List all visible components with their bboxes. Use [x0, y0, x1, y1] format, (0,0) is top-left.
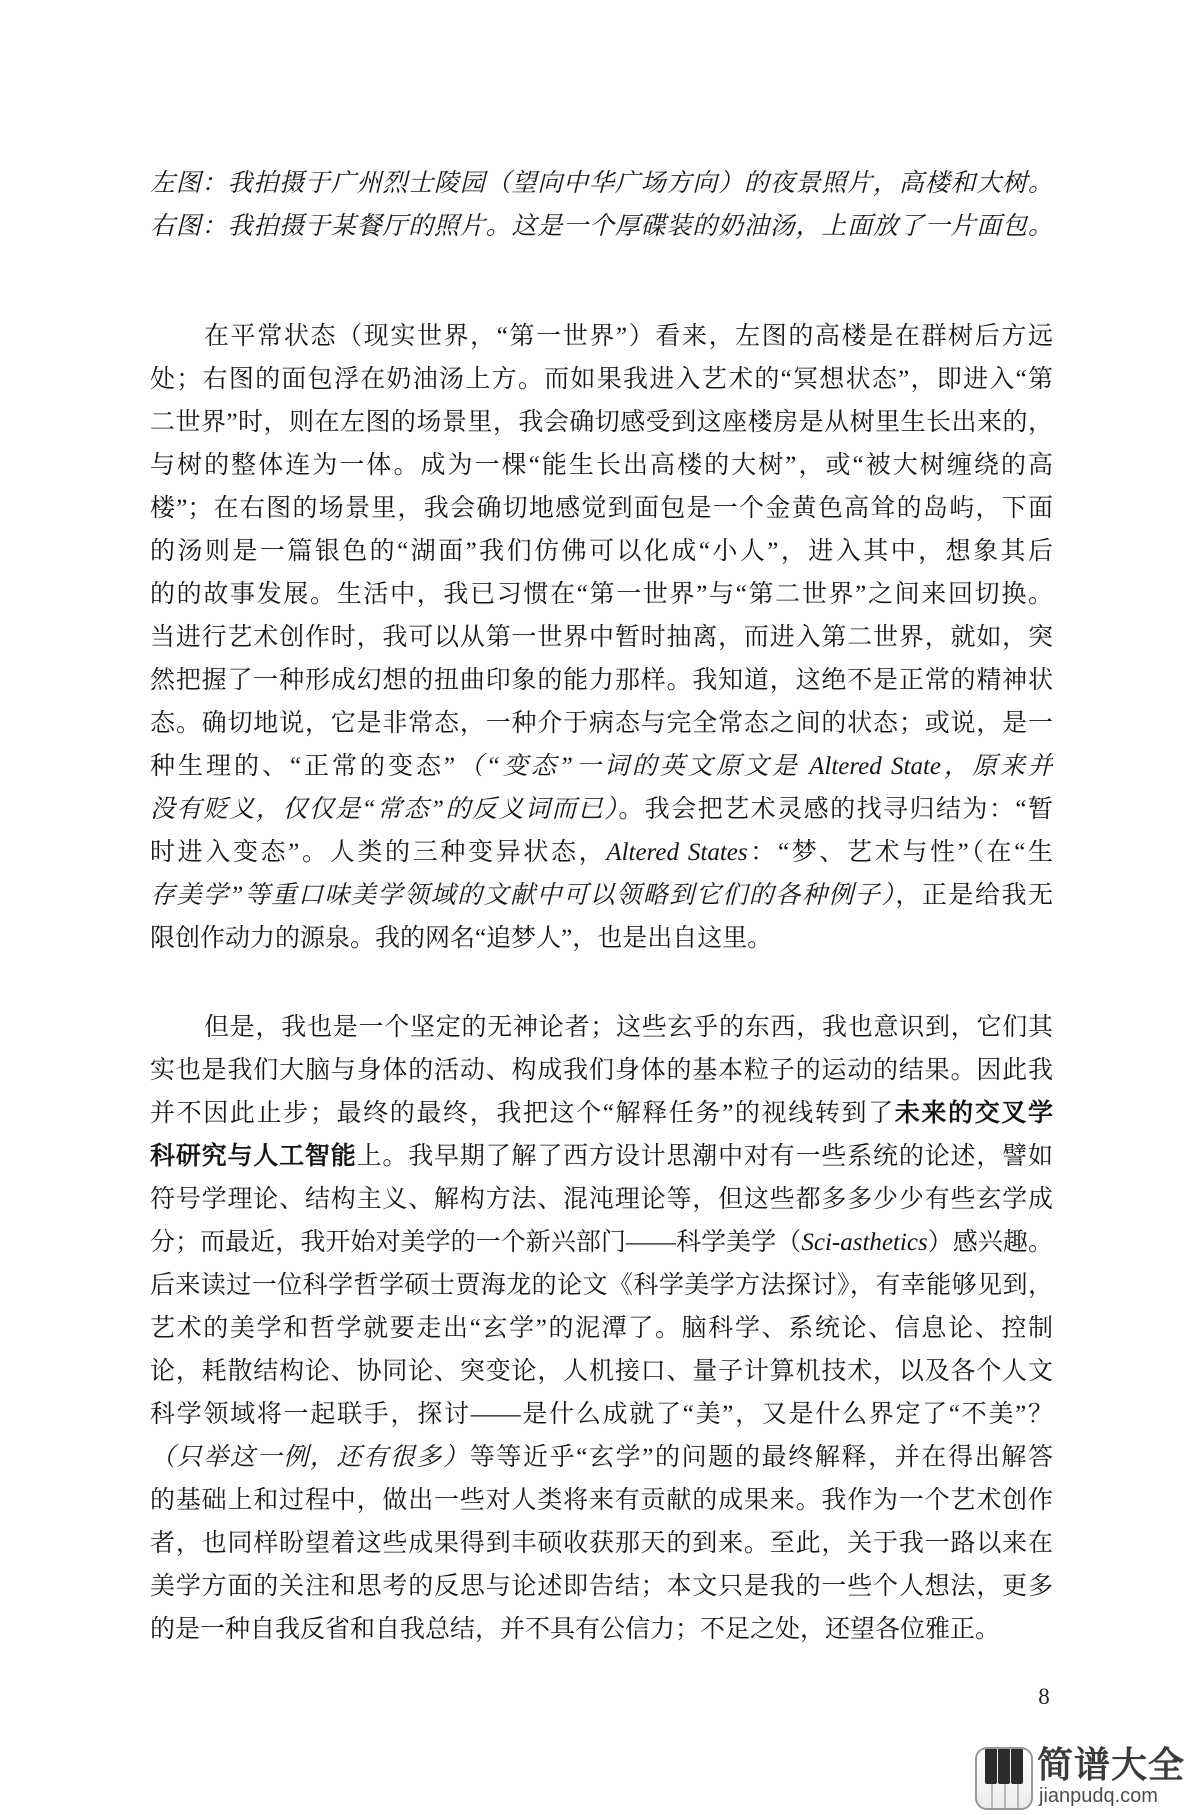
text-line: 右图：我拍摄于某餐厅的照片。这是一个厚碟装的奶油汤，上面放了一片面包。: [150, 205, 1053, 248]
text-line: 科学领域将一起联手，探讨——是什么成就了“美”，又是什么界定了“不美”？: [150, 1393, 1053, 1436]
text-segment: 的是一种自我反省和自我总结，并不具有公信力；不足之处，还望各位雅正。: [150, 1616, 1000, 1643]
black-key: [998, 1749, 1010, 1784]
text-line: 时进入变态”。人类的三种变异状态，Altered States：“梦、艺术与性”…: [150, 831, 1053, 874]
text-segment: 时进入变态”。人类的三种变异状态，: [150, 839, 606, 866]
text-line: 的汤则是一篇银色的“湖面”我们仿佛可以化成“小人”，进入其中，想象其后: [150, 530, 1053, 573]
text-segment: Altered State: [809, 753, 941, 780]
text-line: 的是一种自我反省和自我总结，并不具有公信力；不足之处，还望各位雅正。: [150, 1608, 1053, 1651]
text-segment: 的基础上和过程中，做出一些对人类将来有贡献的成果来。我作为一个艺术创作: [150, 1487, 1053, 1514]
text-segment: ）感兴趣。: [928, 1229, 1053, 1256]
text-line: 的的故事发展。生活中，我已习惯在“第一世界”与“第二世界”之间来回切换。: [150, 573, 1053, 616]
text-segment: 上。我早期了解了西方设计思潮中对有一些系统的论述，譬如: [357, 1143, 1053, 1170]
text-segment: ：“梦、艺术与性”（在“生: [748, 839, 1053, 866]
text-segment: 在平常状态（现实世界，“第一世界”）看来，左图的高楼是在群树后方远: [204, 323, 1053, 350]
text-line: 但是，我也是一个坚定的无神论者；这些玄乎的东西，我也意识到，它们其: [150, 1006, 1053, 1049]
text-line: 在平常状态（现实世界，“第一世界”）看来，左图的高楼是在群树后方远: [150, 315, 1053, 358]
text-segment: 。我会把艺术灵感的找寻归结为：“暂: [618, 796, 1053, 823]
text-segment: 分；而最近，我开始对美学的一个新兴部门——科学美学（: [150, 1229, 801, 1256]
text-segment: 然把握了一种形成幻想的扭曲印象的能力那样。我知道，这绝不是正常的精神状: [150, 667, 1053, 694]
text-segment: 二世界”时，则在左图的场景里，我会确切感受到这座楼房是从树里生长出来的，: [150, 409, 1053, 436]
text-segment: 者，也同样盼望着这些成果得到丰硕收获那天的到来。至此，关于我一路以来在: [150, 1530, 1053, 1557]
text-segment: 未来的交叉学: [895, 1099, 1053, 1127]
text-segment: 右图：我拍摄于某餐厅的照片。这是一个厚碟装的奶油汤，上面放了一片面包。: [150, 213, 1053, 240]
text-segment: ，正是给我无: [895, 882, 1053, 909]
text-segment: 楼”；在右图的场景里，我会确切地感觉到面包是一个金黄色高耸的岛屿，下面: [150, 495, 1053, 522]
piano-keys-icon: [975, 1747, 1033, 1810]
text-line: 后来读过一位科学哲学硕士贾海龙的论文《科学美学方法探讨》，有幸能够见到，: [150, 1264, 1053, 1307]
text-line: （只举这一例，还有很多）等等近乎“玄学”的问题的最终解释，并在得出解答: [150, 1436, 1053, 1479]
text-segment: 限创作动力的源泉。我的网名“追梦人”，也是出自这里。: [150, 925, 772, 952]
text-line: 论，耗散结构论、协同论、突变论，人机接口、量子计算机技术，以及各个人文: [150, 1350, 1053, 1393]
text-line: 并不因此止步；最终的最终，我把这个“解释任务”的视线转到了未来的交叉学: [150, 1092, 1053, 1135]
text-line: 然把握了一种形成幻想的扭曲印象的能力那样。我知道，这绝不是正常的精神状: [150, 659, 1053, 702]
text-segment: 处；右图的面包浮在奶油汤上方。而如果我进入艺术的“冥想状态”，即进入“第: [150, 366, 1053, 393]
text-segment: 但是，我也是一个坚定的无神论者；这些玄乎的东西，我也意识到，它们其: [204, 1014, 1053, 1041]
text-line: 当进行艺术创作时，我可以从第一世界中暂时抽离，而进入第二世界，就如，突: [150, 616, 1053, 659]
watermark: 简谱大全 jianpudq.com: [975, 1745, 1197, 1811]
text-line: 楼”；在右图的场景里，我会确切地感觉到面包是一个金黄色高耸的岛屿，下面: [150, 487, 1053, 530]
text-segment: （只举这一例，还有很多）: [150, 1444, 470, 1471]
text-line: 者，也同样盼望着这些成果得到丰硕收获那天的到来。至此，关于我一路以来在: [150, 1522, 1053, 1565]
watermark-brand-text: 简谱大全: [1037, 1745, 1185, 1785]
text-line: 限创作动力的源泉。我的网名“追梦人”，也是出自这里。: [150, 917, 1053, 960]
text-segment: 的的故事发展。生活中，我已习惯在“第一世界”与“第二世界”之间来回切换。: [150, 581, 1053, 608]
text-segment: 科研究与人工智能: [150, 1142, 357, 1170]
text-segment: 科学领域将一起联手，探讨——是什么成就了“美”，又是什么界定了“不美”？: [150, 1401, 1053, 1428]
text-line: 种生理的、“正常的变态”（“变态”一词的英文原文是 Altered State，…: [150, 745, 1053, 788]
watermark-domain-text: jianpudq.com: [1039, 1785, 1158, 1807]
text-segment: 并不因此止步；最终的最终，我把这个“解释任务”的视线转到了: [150, 1100, 895, 1127]
text-segment: Sci-asthetics: [801, 1229, 927, 1256]
text-segment: 实也是我们大脑与身体的活动、构成我们身体的基本粒子的运动的结果。因此我: [150, 1057, 1053, 1084]
text-segment: 当进行艺术创作时，我可以从第一世界中暂时抽离，而进入第二世界，就如，突: [150, 624, 1053, 651]
text-segment: 艺术的美学和哲学就要走出“玄学”的泥潭了。脑科学、系统论、信息论、控制: [150, 1315, 1053, 1342]
text-line: 的基础上和过程中，做出一些对人类将来有贡献的成果来。我作为一个艺术创作: [150, 1479, 1053, 1522]
black-key: [1011, 1749, 1023, 1784]
text-segment: 等等近乎“玄学”的问题的最终解释，并在得出解答: [470, 1444, 1053, 1471]
text-line: 符号学理论、结构主义、解构方法、混沌理论等，但这些都多多少少有些玄学成: [150, 1178, 1053, 1221]
text-line: 左图：我拍摄于广州烈士陵园（望向中华广场方向）的夜景照片，高楼和大树。: [150, 162, 1053, 205]
text-line: 处；右图的面包浮在奶油汤上方。而如果我进入艺术的“冥想状态”，即进入“第: [150, 358, 1053, 401]
text-segment: 美学方面的关注和思考的反思与论述即告结；本文只是我的一些个人想法，更多: [150, 1573, 1053, 1600]
text-line: 实也是我们大脑与身体的活动、构成我们身体的基本粒子的运动的结果。因此我: [150, 1049, 1053, 1092]
text-line: 没有贬义，仅仅是“常态”的反义词而已）。我会把艺术灵感的找寻归结为：“暂: [150, 788, 1053, 831]
text-line: 存美学”等重口味美学领域的文献中可以领略到它们的各种例子），正是给我无: [150, 874, 1053, 917]
text-segment: 态。确切地说，它是非常态，一种介于病态与完全常态之间的状态；或说，是一: [150, 710, 1053, 737]
text-segment: 左图：我拍摄于广州烈士陵园（望向中华广场方向）的夜景照片，高楼和大树。: [150, 170, 1053, 197]
text-segment: ，原来并: [941, 753, 1053, 780]
page-number: 8: [1028, 1684, 1060, 1710]
text-segment: 与树的整体连为一体。成为一棵“能生长出高楼的大树”，或“被大树缠绕的高: [150, 452, 1053, 479]
text-line: 分；而最近，我开始对美学的一个新兴部门——科学美学（Sci-asthetics）…: [150, 1221, 1053, 1264]
text-segment: 符号学理论、结构主义、解构方法、混沌理论等，但这些都多多少少有些玄学成: [150, 1186, 1053, 1213]
text-line: 二世界”时，则在左图的场景里，我会确切感受到这座楼房是从树里生长出来的，: [150, 401, 1053, 444]
black-key: [985, 1749, 997, 1784]
paragraph-meditation-states: 在平常状态（现实世界，“第一世界”）看来，左图的高楼是在群树后方远处；右图的面包…: [150, 315, 1053, 960]
text-segment: 后来读过一位科学哲学硕士贾海龙的论文《科学美学方法探讨》，有幸能够见到，: [150, 1272, 1053, 1299]
text-segment: 的汤则是一篇银色的“湖面”我们仿佛可以化成“小人”，进入其中，想象其后: [150, 538, 1053, 565]
text-line: 科研究与人工智能上。我早期了解了西方设计思潮中对有一些系统的论述，譬如: [150, 1135, 1053, 1178]
text-segment: （“变态”一词的英文原文是: [455, 753, 809, 780]
text-segment: 存美学”等重口味美学领域的文献中可以领略到它们的各种例子）: [150, 882, 895, 909]
text-segment: 种生理的、“正常的变态”: [150, 753, 455, 780]
text-line: 与树的整体连为一体。成为一棵“能生长出高楼的大树”，或“被大树缠绕的高: [150, 444, 1053, 487]
text-segment: 论，耗散结构论、协同论、突变论，人机接口、量子计算机技术，以及各个人文: [150, 1358, 1053, 1385]
paragraph-atheist-science-aesthetics: 但是，我也是一个坚定的无神论者；这些玄乎的东西，我也意识到，它们其实也是我们大脑…: [150, 1006, 1053, 1651]
text-segment: Altered States: [606, 839, 747, 866]
photo-caption-block: 左图：我拍摄于广州烈士陵园（望向中华广场方向）的夜景照片，高楼和大树。右图：我拍…: [150, 162, 1053, 248]
text-segment: 没有贬义，仅仅是“常态”的反义词而已）: [150, 796, 618, 823]
text-line: 态。确切地说，它是非常态，一种介于病态与完全常态之间的状态；或说，是一: [150, 702, 1053, 745]
text-line: 美学方面的关注和思考的反思与论述即告结；本文只是我的一些个人想法，更多: [150, 1565, 1053, 1608]
text-line: 艺术的美学和哲学就要走出“玄学”的泥潭了。脑科学、系统论、信息论、控制: [150, 1307, 1053, 1350]
